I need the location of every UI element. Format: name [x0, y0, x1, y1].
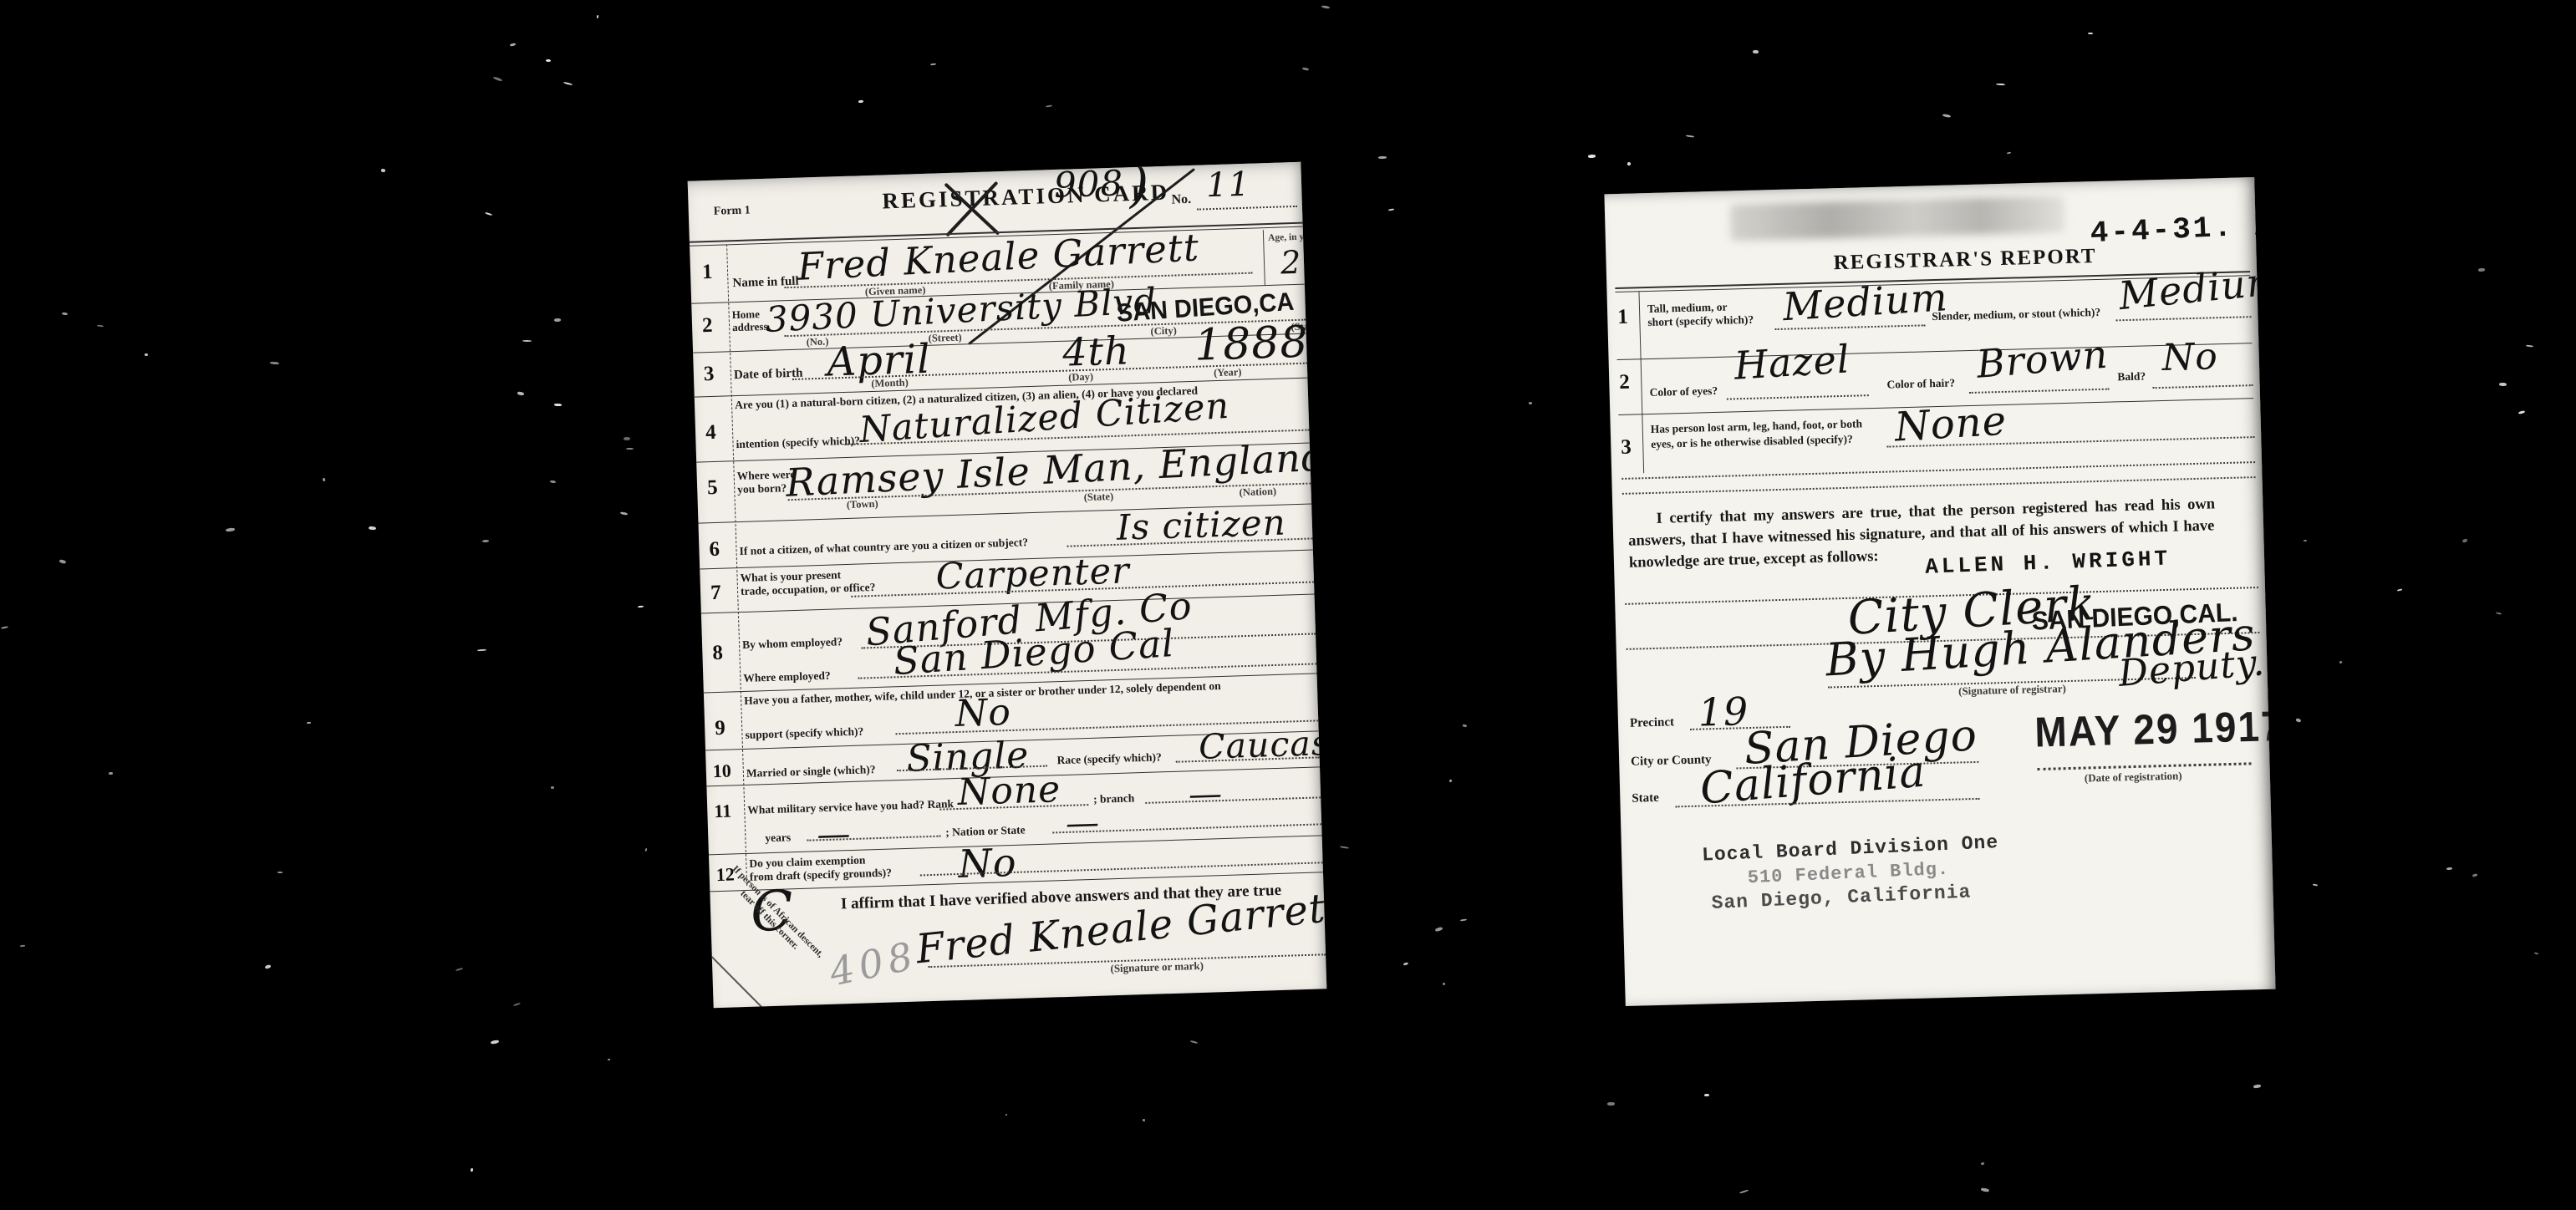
year-sublabel: (Year) — [1214, 366, 1242, 379]
pencil-flourish: ) — [1128, 162, 1151, 214]
dust-speck — [1340, 846, 1349, 849]
dust-speck — [1190, 1040, 1198, 1044]
race-label: Race (specify which)? — [1056, 751, 1162, 767]
signature-sublabel: (Signature or mark) — [1110, 959, 1204, 975]
row-number: 5 — [707, 476, 718, 500]
dust-speck — [858, 100, 863, 104]
dust-speck — [1302, 67, 1309, 71]
dust-speck — [645, 848, 648, 852]
dust-speck — [1449, 780, 1452, 782]
dust-speck — [1403, 962, 1409, 966]
dust-speck — [1739, 1189, 1749, 1193]
age-label: Age, in yrs. — [1268, 231, 1315, 243]
registration-card: Form 1 REGISTRATION CARD 908 ) No. 11 1 … — [688, 162, 1327, 1009]
dust-speck — [270, 362, 279, 365]
registrars-report-card: 4-4-31. A REGISTRAR'S REPORT 1 Tall, med… — [1604, 177, 2275, 1006]
dust-speck — [1981, 1162, 1985, 1165]
row-number: 11 — [714, 801, 732, 823]
rule — [1145, 796, 1321, 804]
dust-speck — [1388, 208, 1394, 211]
rule — [1263, 230, 1265, 285]
pencil-serial: 908 — [1053, 162, 1124, 206]
local-board-stamp-line1: Local Board Division One — [1702, 831, 1999, 866]
nation-sublabel: (Nation) — [1239, 486, 1276, 499]
dust-speck — [1627, 162, 1631, 166]
dust-speck — [550, 480, 557, 484]
dust-speck — [620, 511, 629, 516]
eye-color-label: Color of eyes? — [1649, 385, 1718, 399]
row-number: 2 — [702, 314, 713, 338]
date-of-registration-sublabel: (Date of registration) — [2085, 769, 2182, 785]
born-label-b: you born? — [737, 482, 787, 496]
row-number: 9 — [715, 717, 725, 740]
month-sublabel: (Month) — [871, 377, 909, 390]
dust-speck — [59, 559, 66, 564]
rule — [726, 244, 747, 886]
form-number-label: Form 1 — [714, 204, 751, 218]
marital-label: Married or single (which)? — [746, 764, 876, 780]
nation-state-label: ; Nation or State — [945, 824, 1026, 839]
dust-speck — [2253, 1084, 2261, 1088]
row-number: 7 — [710, 582, 721, 605]
dust-speck — [20, 945, 25, 947]
state-label: State — [1632, 791, 1659, 806]
no-value: 11 — [1205, 165, 1250, 206]
dust-speck — [145, 353, 149, 356]
dust-speck — [369, 526, 376, 531]
row-number: 1 — [1617, 306, 1628, 329]
years-label: years — [765, 831, 791, 845]
dust-speck — [1981, 1187, 1990, 1192]
rule — [1197, 206, 1297, 211]
dust-speck — [2296, 718, 2302, 722]
dust-speck — [1378, 156, 1387, 159]
dust-speck — [1143, 1119, 1145, 1121]
day-sublabel: (Day) — [1068, 371, 1093, 384]
dust-speck — [2518, 410, 2525, 414]
dust-speck — [1753, 50, 1759, 53]
ink-smudge — [1730, 196, 2065, 241]
dust-speck — [485, 212, 493, 216]
date-of-registration-stamp: MAY 29 1917 — [2034, 701, 2276, 757]
dust-speck — [265, 964, 272, 969]
registrar-name-stamp: ALLEN H. WRIGHT — [1925, 546, 2171, 579]
town-sublabel: (Town) — [847, 498, 878, 511]
dust-speck — [2007, 151, 2012, 154]
dust-speck — [1704, 1094, 1709, 1096]
dust-speck — [2446, 867, 2453, 870]
dust-speck — [2339, 661, 2342, 664]
city-sublabel: (City) — [1150, 324, 1177, 338]
dust-speck — [522, 340, 532, 342]
home-address-label-a: Home — [731, 308, 760, 321]
dust-speck — [62, 313, 69, 316]
dust-speck — [493, 76, 502, 81]
dust-speck — [510, 43, 516, 46]
citizen-question-line2: intention (specify which)? — [736, 435, 860, 451]
age-value: 2 — [1280, 244, 1302, 282]
build-label: Slender, medium, or stout (which)? — [1932, 307, 2100, 323]
dust-speck — [1942, 114, 1951, 118]
exemption-value: No — [958, 840, 1018, 887]
dust-speck — [1996, 84, 2005, 86]
row-number: 8 — [712, 642, 723, 665]
military-label: What military service have you had? Rank — [747, 798, 954, 817]
dust-speck — [1443, 983, 1446, 986]
dust-speck — [1, 626, 8, 629]
rule — [2153, 384, 2253, 389]
dust-speck — [2534, 952, 2539, 955]
dust-speck — [2088, 33, 2093, 35]
dust-speck — [226, 527, 235, 531]
dust-speck — [2478, 268, 2485, 272]
height-value: Medium — [1781, 274, 1949, 329]
dust-speck — [2499, 383, 2507, 386]
dust-speck — [307, 722, 311, 724]
dust-speck — [1046, 104, 1052, 107]
eye-color-value: Hazel — [1733, 336, 1851, 388]
home-address-label-b: address — [732, 321, 768, 334]
rule — [1621, 461, 2255, 480]
dust-speck — [624, 437, 630, 440]
bald-label: Bald? — [2117, 370, 2146, 384]
dust-speck — [456, 968, 463, 971]
branch-label: ; branch — [1093, 792, 1135, 806]
dust-speck — [1005, 1114, 1008, 1116]
dust-speck — [1588, 155, 1596, 158]
dust-speck — [482, 540, 489, 543]
dust-speck — [2462, 538, 2468, 543]
bald-value: No — [2161, 335, 2218, 379]
no-label: No. — [1171, 192, 1191, 207]
street-sublabel: (Street) — [928, 332, 961, 345]
rule — [1617, 343, 2253, 360]
dust-speck — [1435, 927, 1443, 932]
dust-speck — [471, 1168, 473, 1172]
row-number: 3 — [1621, 436, 1632, 460]
dust-speck — [1460, 918, 1467, 922]
precinct-label: Precinct — [1630, 715, 1674, 730]
dust-speck — [323, 478, 326, 481]
disability-label-b: eyes, or is he otherwise disabled (speci… — [1651, 434, 1853, 451]
rule — [1638, 291, 1644, 473]
card-title: REGISTRATION CARD — [882, 180, 1170, 215]
no-sublabel: (No.) — [807, 336, 829, 349]
microfilm-scan: { "registration_card": { "form_label": "… — [0, 0, 2576, 1210]
row-number: 10 — [712, 760, 731, 782]
dust-speck — [597, 15, 599, 18]
rule — [2038, 762, 2252, 770]
row-number: 3 — [703, 363, 714, 386]
dependents-value: No — [955, 691, 1012, 735]
dust-speck — [2496, 612, 2502, 615]
file-code-stamp: 4-4-31. A — [2090, 208, 2276, 251]
branch-value-dash: — — [1188, 775, 1223, 814]
dust-speck — [1686, 135, 1694, 137]
years-value-dash: — — [817, 815, 852, 854]
dust-speck — [2472, 873, 2477, 877]
nation-value-dash: — — [1065, 804, 1100, 843]
dust-speck — [608, 1059, 610, 1060]
dust-speck — [930, 64, 936, 66]
dust-speck — [2313, 883, 2318, 886]
dust-speck — [2526, 344, 2533, 347]
dust-speck — [638, 606, 644, 608]
dust-speck — [2397, 588, 2402, 591]
employer-label: By whom employed? — [742, 636, 843, 652]
dust-speck — [517, 391, 525, 395]
dust-speck — [513, 1003, 521, 1007]
certification-line3: knowledge are true, except as follows: — [1629, 548, 1879, 572]
row-number: 6 — [709, 538, 720, 562]
pencil-number: 408 — [826, 933, 922, 994]
report-title: REGISTRAR'S REPORT — [1833, 245, 2097, 275]
rule — [1969, 389, 2110, 394]
dust-speck — [277, 872, 283, 873]
dust-speck — [1463, 724, 1468, 727]
row-number: 4 — [705, 421, 716, 445]
registrar-signature-sublabel: (Signature of registrar) — [1958, 682, 2066, 698]
dust-speck — [554, 404, 562, 406]
dust-speck — [109, 772, 114, 775]
dust-speck — [477, 649, 486, 652]
dust-speck — [1607, 1102, 1615, 1106]
dust-speck — [1529, 402, 1532, 404]
row-number: 1 — [702, 261, 713, 284]
dust-speck — [491, 1040, 500, 1045]
row-number: 2 — [1619, 371, 1630, 394]
employed-where-label: Where employed? — [743, 670, 831, 685]
rule — [1622, 476, 2256, 495]
dust-speck — [563, 82, 573, 86]
height-label-b: short (specify which)? — [1647, 314, 1754, 329]
build-value: Medium — [2116, 257, 2275, 318]
hair-color-value: Brown — [1975, 332, 2110, 387]
state-sublabel: (State) — [1084, 491, 1114, 504]
rule — [1727, 394, 1869, 399]
dust-speck — [381, 169, 385, 172]
dust-speck — [554, 318, 561, 322]
dust-speck — [546, 59, 551, 62]
hair-color-label: Color of hair? — [1886, 377, 1955, 391]
dust-speck — [1321, 5, 1331, 9]
dust-speck — [97, 324, 104, 327]
dust-speck — [551, 786, 554, 789]
dependents-question-line2: support (specify which)? — [745, 725, 863, 741]
dust-speck — [2304, 540, 2307, 542]
dust-speck — [626, 448, 634, 450]
